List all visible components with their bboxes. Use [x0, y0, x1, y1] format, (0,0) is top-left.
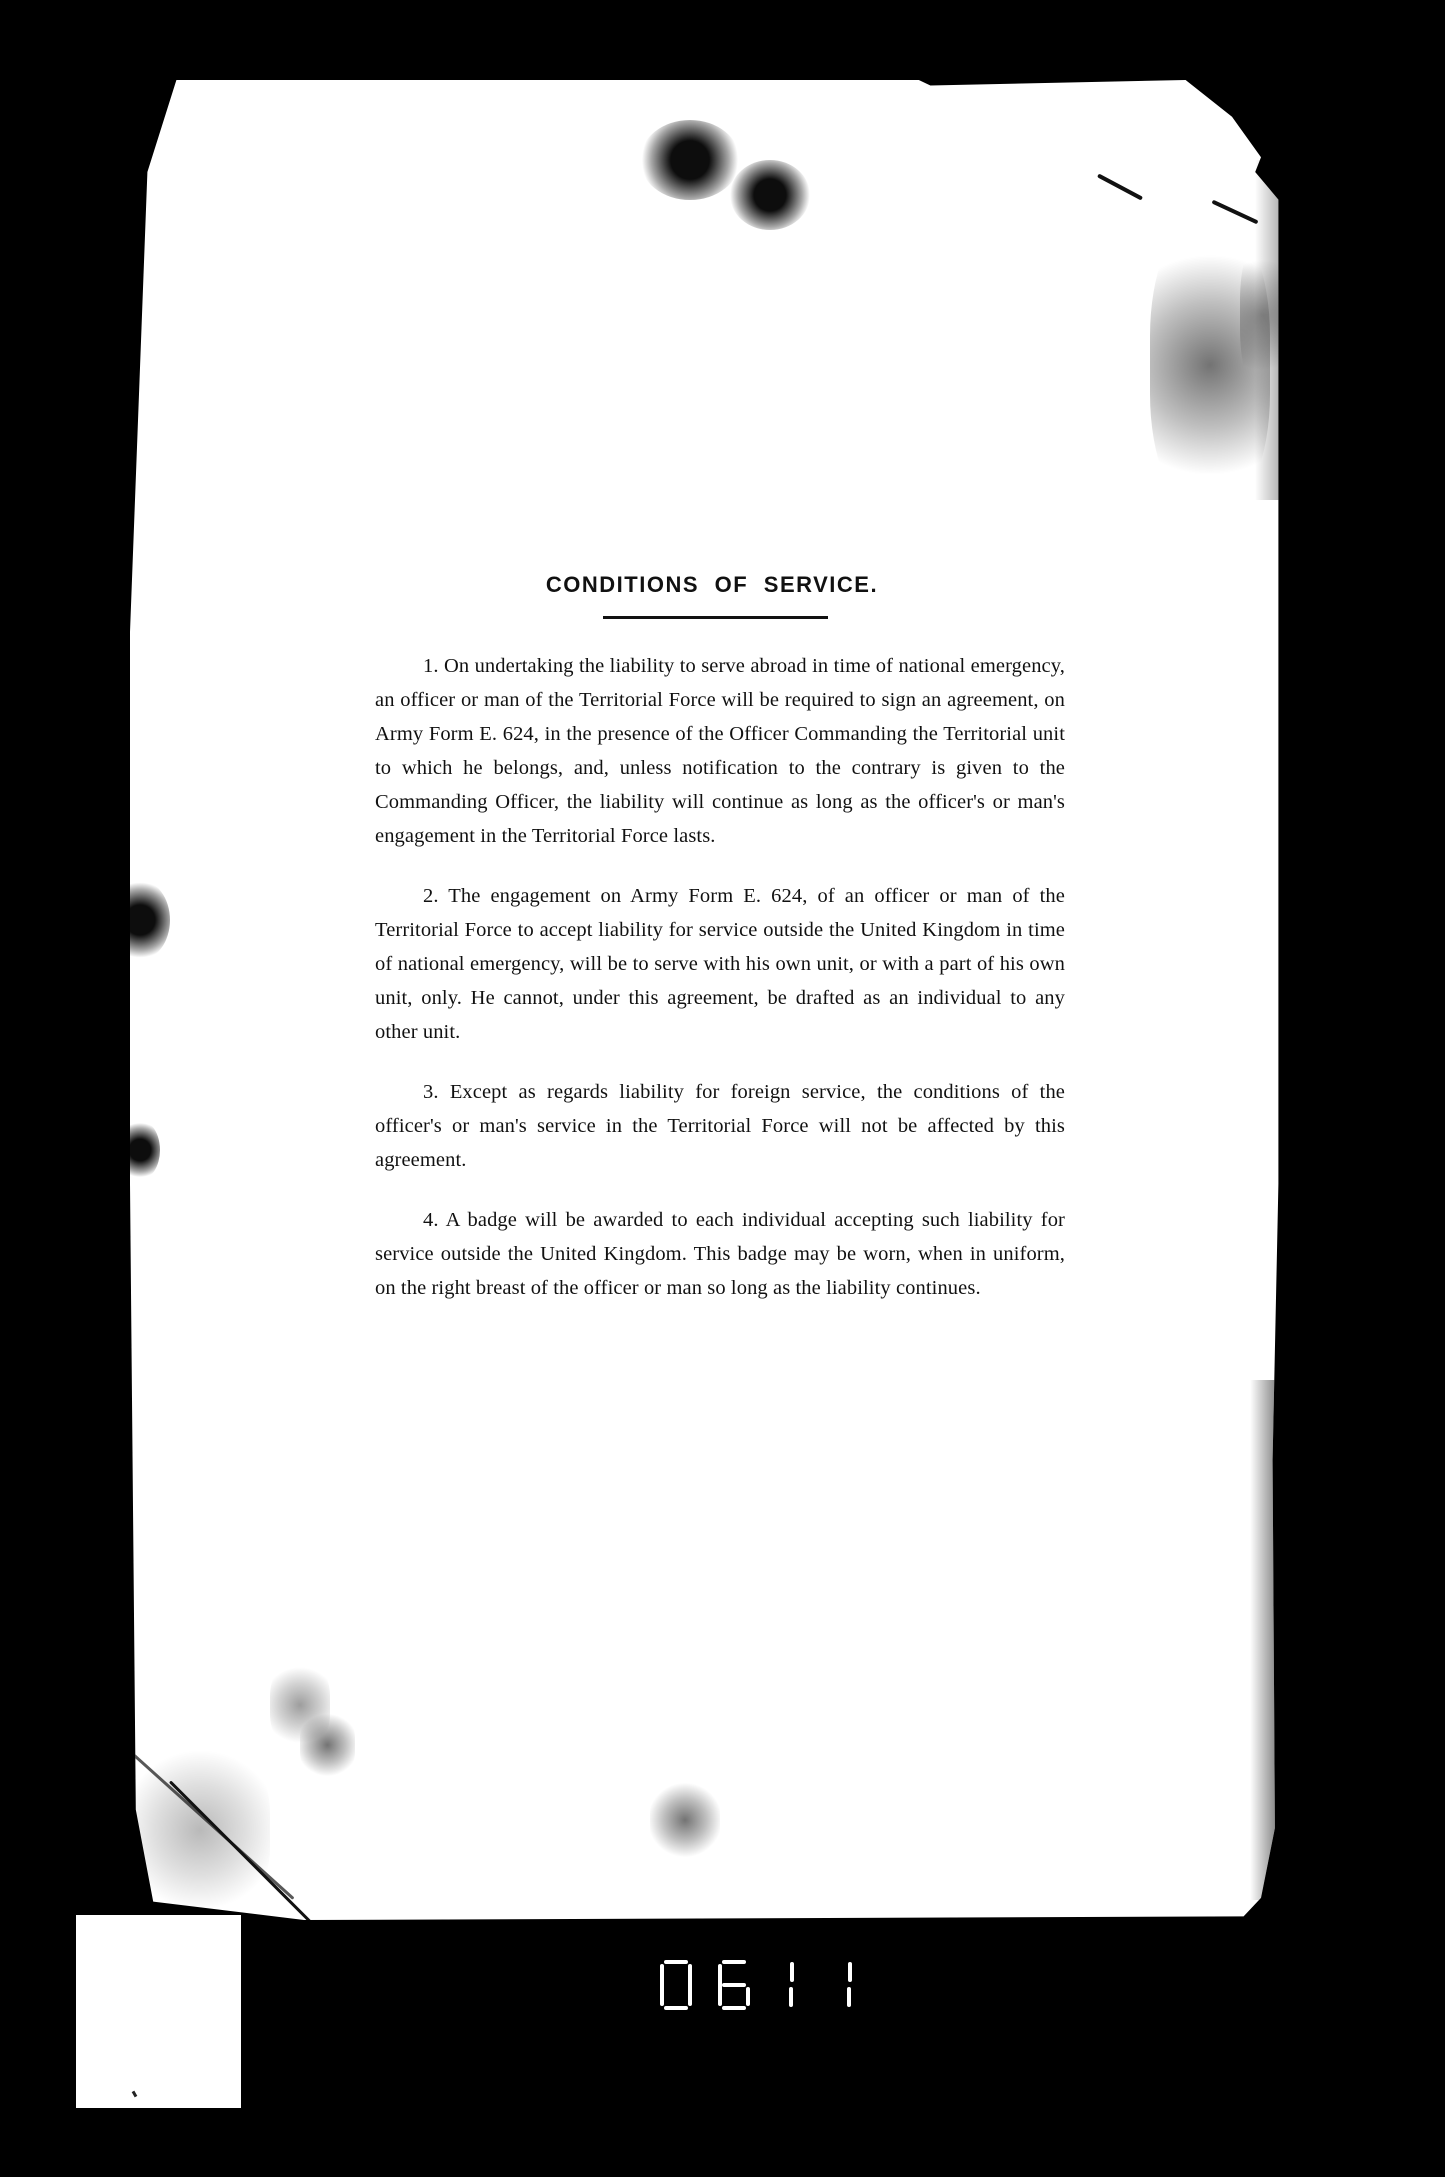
paragraph-number: 3. — [423, 1081, 439, 1103]
edge-shadow-right-top — [1255, 160, 1290, 500]
paragraph-1: 1. On undertaking the liability to serve… — [375, 649, 1065, 853]
frame-digit — [718, 1960, 752, 2010]
torn-edge-mark — [120, 1120, 160, 1180]
ink-stain-left — [640, 120, 740, 200]
stain-speckle — [130, 1740, 270, 1920]
frame-digit — [834, 1960, 868, 2010]
speck — [132, 2091, 138, 2098]
torn-edge-mark — [110, 880, 170, 960]
blank-index-card — [76, 1915, 241, 2108]
paragraph-3: 3. Except as regards liability for forei… — [375, 1075, 1065, 1177]
edge-shadow-right — [1250, 1380, 1290, 1900]
paragraph-number: 2. — [423, 885, 439, 907]
paragraph-text: A badge will be awarded to each individu… — [375, 1209, 1065, 1299]
paragraph-text: Except as regards liability for foreign … — [375, 1081, 1065, 1171]
stain-speckle — [300, 1710, 355, 1780]
scratch-mark — [1097, 173, 1143, 200]
ink-stain-right — [730, 160, 810, 230]
document-content: CONDITIONS OF SERVICE. 1. On undertaking… — [375, 560, 1065, 1305]
document-title: CONDITIONS OF SERVICE. — [375, 572, 1065, 598]
paragraph-4: 4. A badge will be awarded to each indiv… — [375, 1203, 1065, 1305]
paragraph-number: 1. — [423, 655, 439, 677]
title-underline — [603, 616, 828, 619]
paragraph-text: On undertaking the liability to serve ab… — [375, 655, 1065, 847]
stain-speckle — [650, 1780, 720, 1860]
frame-number: 0611 — [660, 1960, 868, 2010]
frame-digit — [776, 1960, 810, 2010]
paragraph-2: 2. The engagement on Army Form E. 624, o… — [375, 879, 1065, 1049]
frame-digit — [660, 1960, 694, 2010]
paragraph-number: 4. — [423, 1209, 439, 1231]
paragraph-text: The engagement on Army Form E. 624, of a… — [375, 885, 1065, 1043]
